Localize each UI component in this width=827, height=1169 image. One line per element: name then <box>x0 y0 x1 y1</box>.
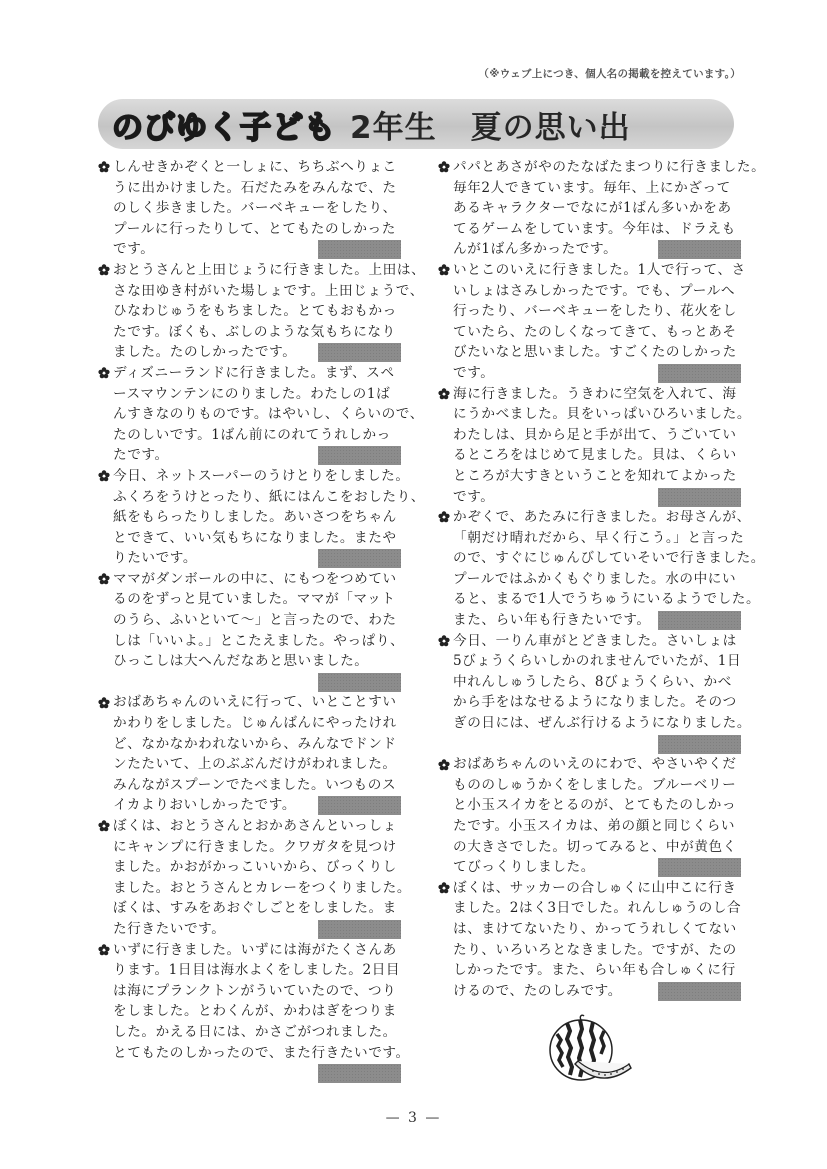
entry-line: パパとあさがやのたなばたまつりに行きました。 <box>437 157 737 178</box>
entry-line: 紙をもらったりしました。あいさつをちゃん <box>97 507 397 528</box>
entry-line: にキャンプに行きました。クワガタを見つけ <box>97 837 397 858</box>
flower-icon <box>97 260 111 281</box>
flower-icon <box>437 878 451 899</box>
entry-text: ママがダンボールの中に、にもつをつめてい <box>113 571 397 587</box>
entry-line: ひっこしは大へんだなあと思いました。 <box>97 651 397 672</box>
entry-line: さな田ゆき村がいた場しょです。上田じょうで、 <box>97 281 397 302</box>
entry-line: ました。かおがかっこいいから、びっくりし <box>97 857 397 878</box>
entry-line: いとこのいえに行きました。1人で行って、さ <box>437 260 737 281</box>
entry-line: した。かえる日には、かさごがつれました。 <box>97 1022 397 1043</box>
entry-line: 海に行きました。うきわに空気を入れて、海 <box>437 384 737 405</box>
entry-text: にうかべました。貝をいっぱいひろいました。 <box>453 406 751 422</box>
entry-text: たのしいです。1ばん前にのれてうれしかっ <box>113 427 391 443</box>
memory-entry: パパとあさがやのたなばたまつりに行きました。毎年2人できています。毎年、上にかざ… <box>437 157 737 260</box>
entry-line: おばあちゃんのいえのにわで、やさいやくだ <box>437 754 737 775</box>
entry-text: かわりをしました。じゅんばんにやったけれ <box>113 715 397 731</box>
entry-text: ぼくは、おとうさんとおかあさんといっしょ <box>113 818 397 834</box>
flower-icon <box>97 569 111 590</box>
entry-line: てるゲームをしています。今年は、ドラえも <box>437 219 737 240</box>
entry-line: 今日、一りん車がとどきました。さいしょは <box>437 631 737 652</box>
memory-entry: かぞくで、あたみに行きました。お母さんが、「朝だけ晴れだから、早く行こう。」と言… <box>437 507 737 631</box>
entry-text: おばあちゃんのいえに行って、いとことすい <box>113 694 397 710</box>
flower-icon <box>97 363 111 384</box>
redacted-name-box <box>658 488 741 507</box>
entry-line: ります。1日目は海水よくをしました。2日目 <box>97 960 397 981</box>
flower-icon <box>97 157 111 178</box>
redacted-name-box <box>318 796 401 815</box>
redacted-name-box <box>318 549 401 568</box>
redacted-name-box <box>658 982 741 1001</box>
entry-line: イカよりおいしかったです。 <box>97 795 397 816</box>
entry-line: んすきなのりものです。はやいし、くらいので、 <box>97 404 397 425</box>
flower-icon <box>437 384 451 405</box>
entry-line: ると、まるで1人でうちゅうにいるようでした。 <box>437 589 737 610</box>
redacted-name-box <box>658 364 741 383</box>
flower-icon <box>437 507 451 528</box>
entry-text: です。 <box>453 365 495 381</box>
entry-text: んが1ばん多かったです。 <box>453 241 617 257</box>
flower-icon <box>437 631 451 652</box>
entry-text: とてもたのしかったので、また行きたいです。 <box>113 1045 410 1061</box>
entry-text: と小玉スイカをとるのが、とてもたのしかっ <box>453 797 736 813</box>
entry-line: 中れんしゅうしたら、8びょうくらい、かべ <box>437 672 737 693</box>
entry-text: けるので、たのしみです。 <box>453 983 622 999</box>
entry-text: ぼくは、サッカーの合しゅくに山中こに行き <box>453 880 737 896</box>
entry-line: 行ったり、バーベキューをしたり、花火をし <box>437 301 737 322</box>
entry-text: てるゲームをしています。今年は、ドラえも <box>453 221 736 237</box>
memory-entry: おばあちゃんのいえに行って、いとことすいかわりをしました。じゅんばんにやったけれ… <box>97 692 397 816</box>
entry-line: りたいです。 <box>97 548 397 569</box>
flower-icon <box>97 692 111 713</box>
entry-text: 今日、一りん車がとどきました。さいしょは <box>453 633 737 649</box>
entry-line: のうら、ふいといて～」と言ったので、わた <box>97 610 397 631</box>
entry-text: ると、まるで1人でうちゅうにいるようでした。 <box>453 591 760 607</box>
title-banner: のびゆく子ども 2年生 夏の思い出 <box>98 99 734 149</box>
entry-line: です。 <box>97 239 397 260</box>
entry-text: 紙をもらったりしました。あいさつをちゃん <box>113 509 397 525</box>
memory-entry: ぼくは、サッカーの合しゅくに山中こに行きました。2はく3日でした。れんしゅうのし… <box>437 878 737 1002</box>
entry-line: ていたら、たのしくなってきて、もっとあそ <box>437 322 737 343</box>
entry-line: おとうさんと上田じょうに行きました。上田は、 <box>97 260 397 281</box>
entry-line: もののしゅうかくをしました。ブルーベリー <box>437 775 737 796</box>
entry-text: です。 <box>453 489 495 505</box>
flower-icon <box>437 260 451 281</box>
entry-line: たり、いろいろとなきました。ですが、たの <box>437 940 737 961</box>
flower-icon <box>97 940 111 961</box>
entry-line: また、らい年も行きたいです。 <box>437 610 737 631</box>
entry-text: ースマウンテンにのりました。わたしの1ば <box>113 386 390 402</box>
entry-line: の大きさでした。切ってみると、中が黄色く <box>437 837 737 858</box>
entry-line: るのをずっと見ていました。ママが「マット <box>97 589 397 610</box>
entry-text: しんせきかぞくと一しょに、ちちぶへりょこ <box>113 159 397 175</box>
entry-line: から手をはなせるようになりました。そのつ <box>437 692 737 713</box>
entry-text: しは「いいよ。」とこたえました。やっぱり、 <box>113 633 404 649</box>
memory-entry: ママがダンボールの中に、にもつをつめているのをずっと見ていました。ママが「マット… <box>97 569 397 693</box>
entry-text: たです。ぼくも、ぶしのような気もちになり <box>113 324 396 340</box>
memory-entry: 今日、ネットスーパーのうけとりをしました。ふくろをうけとったり、紙にはんこをおし… <box>97 466 397 569</box>
entry-line: びたいなと思いました。すごくたのしかった <box>437 342 737 363</box>
entry-text: のしく歩きました。バーベキューをしたり、 <box>113 200 397 216</box>
entry-line: は海にプランクトンがういていたので、つり <box>97 981 397 1002</box>
flower-icon <box>97 816 111 837</box>
entry-line: ディズニーランドに行きました。まず、スペ <box>97 363 397 384</box>
entry-text: にキャンプに行きました。クワガタを見つけ <box>113 839 397 855</box>
flower-icon <box>437 157 451 178</box>
entry-text: ました。かおがかっこいいから、びっくりし <box>113 859 397 875</box>
entry-line: いずに行きました。いずには海がたくさんあ <box>97 940 397 961</box>
entry-line: てびっくりしました。 <box>437 857 737 878</box>
entry-line: おばあちゃんのいえに行って、いとことすい <box>97 692 397 713</box>
memory-entry: ぼくは、おとうさんとおかあさんといっしょにキャンプに行きました。クワガタを見つけ… <box>97 816 397 940</box>
entry-text: ど、なかなかわれないから、みんなでドンド <box>113 736 397 752</box>
entry-line: たです。ぼくも、ぶしのような気もちになり <box>97 322 397 343</box>
redacted-name-box <box>658 240 741 259</box>
entry-line: 今日、ネットスーパーのうけとりをしました。 <box>97 466 397 487</box>
entry-line: ど、なかなかわれないから、みんなでドンド <box>97 734 397 755</box>
entry-text: ひっこしは大へんだなあと思いました。 <box>113 653 369 669</box>
entry-text: プールではふかくもぐりました。水の中にい <box>453 571 736 587</box>
entry-line: 「朝だけ晴れだから、早く行こう。」と言った <box>437 528 737 549</box>
entry-line: あるキャラクターでなにが1ばん多いかをあ <box>437 198 737 219</box>
entry-line: た行きたいです。 <box>97 919 397 940</box>
entry-line: んが1ばん多かったです。 <box>437 239 737 260</box>
entry-text: るのをずっと見ていました。ママが「マット <box>113 591 396 607</box>
page-number: — 3 — <box>0 1110 827 1126</box>
entry-line <box>97 672 397 693</box>
entry-line: ママがダンボールの中に、にもつをつめてい <box>97 569 397 590</box>
entry-line: かぞくで、あたみに行きました。お母さんが、 <box>437 507 737 528</box>
entry-line: ました。2はく3日でした。れんしゅうのし合 <box>437 898 737 919</box>
entry-line <box>97 1063 397 1084</box>
entry-line: たです。小玉スイカは、弟の顔と同じくらい <box>437 816 737 837</box>
entry-text: しかったです。また、らい年も合しゅくに行 <box>453 962 736 978</box>
entry-text: パパとあさがやのたなばたまつりに行きました。 <box>453 159 765 175</box>
entry-text: は、まけてないたり、かってうれしくてない <box>453 921 737 937</box>
entry-text: 中れんしゅうしたら、8びょうくらい、かべ <box>453 674 732 690</box>
redacted-name-box <box>658 611 741 630</box>
entry-text: プールに行ったりして、とてもたのしかった <box>113 221 396 237</box>
watermelon-illustration <box>545 1014 635 1090</box>
entry-text: うに出かけました。石だたみをみんなで、た <box>113 180 397 196</box>
entry-line: けるので、たのしみです。 <box>437 981 737 1002</box>
entry-line: です。 <box>437 487 737 508</box>
entry-text: の大きさでした。切ってみると、中が黄色く <box>453 839 737 855</box>
entry-text: いとこのいえに行きました。1人で行って、さ <box>453 262 746 278</box>
memory-entry: ディズニーランドに行きました。まず、スペースマウンテンにのりました。わたしの1ば… <box>97 363 397 466</box>
title-grade: 2年生 <box>350 102 437 147</box>
entry-text: るところをはじめて見ました。貝は、くらい <box>453 447 737 463</box>
memory-entry: しんせきかぞくと一しょに、ちちぶへりょこうに出かけました。石だたみをみんなで、た… <box>97 157 397 260</box>
entry-text: 今日、ネットスーパーのうけとりをしました。 <box>113 468 410 484</box>
entry-line: ぼくは、おとうさんとおかあさんといっしょ <box>97 816 397 837</box>
entry-text: たです。 <box>113 447 169 463</box>
entry-line: をしました。とわくんが、かわはぎをつりま <box>97 1001 397 1022</box>
entry-text: した。かえる日には、かさごがつれました。 <box>113 1024 397 1040</box>
entry-text: 「朝だけ晴れだから、早く行こう。」と言った <box>453 530 744 546</box>
entry-text: ました。おとうさんとカレーをつくりました。 <box>113 880 411 896</box>
flower-icon <box>437 754 451 775</box>
entry-line: ので、すぐにじゅんびしていそいで行きました。 <box>437 548 737 569</box>
entry-line: と小玉スイカをとるのが、とてもたのしかっ <box>437 795 737 816</box>
entry-text: をしました。とわくんが、かわはぎをつりま <box>113 1003 397 1019</box>
entry-line <box>437 734 737 755</box>
entry-text: た行きたいです。 <box>113 921 225 937</box>
entry-line: ひなわじゅうをもちました。とてもおもかっ <box>97 301 397 322</box>
redacted-name-box <box>318 343 401 362</box>
memory-entry: おとうさんと上田じょうに行きました。上田は、さな田ゆき村がいた場しょです。上田じ… <box>97 260 397 363</box>
entry-line: は、まけてないたり、かってうれしくてない <box>437 919 737 940</box>
redacted-name-box <box>318 920 401 939</box>
memory-entry: いとこのいえに行きました。1人で行って、さいしょはさみしかったです。でも、プール… <box>437 260 737 384</box>
entry-line: ぎの日には、ぜんぶ行けるようになりました。 <box>437 713 737 734</box>
entry-line: ところが大すきということを知れてよかった <box>437 466 737 487</box>
entry-line: にうかべました。貝をいっぱいひろいました。 <box>437 404 737 425</box>
memory-entry: いずに行きました。いずには海がたくさんあります。1日目は海水よくをしました。2日… <box>97 940 397 1084</box>
entry-text: 行ったり、バーベキューをしたり、花火をし <box>453 303 737 319</box>
entry-text: おとうさんと上田じょうに行きました。上田は、 <box>113 262 425 278</box>
entry-text: ディズニーランドに行きました。まず、スペ <box>113 365 395 381</box>
entry-text: イカよりおいしかったです。 <box>113 797 296 813</box>
entry-text: いずに行きました。いずには海がたくさんあ <box>113 942 397 958</box>
entry-text: ンたたいて、上のぶぶんだけがわれました。 <box>113 756 397 772</box>
redacted-name-box <box>658 735 741 754</box>
entry-text: から手をはなせるようになりました。そのつ <box>453 694 737 710</box>
entry-text: ところが大すきということを知れてよかった <box>453 468 737 484</box>
entry-line: ぼくは、すみをあおぐしごとをしました。ま <box>97 898 397 919</box>
entry-line: たのしいです。1ばん前にのれてうれしかっ <box>97 425 397 446</box>
memory-entry: 今日、一りん車がとどきました。さいしょは5びょうくらいしかのれませんでいたが、1… <box>437 631 737 755</box>
entry-line: 毎年2人できています。毎年、上にかざって <box>437 178 737 199</box>
entry-line: 5びょうくらいしかのれませんでいたが、1日 <box>437 651 737 672</box>
entry-text: ました。たのしかったです。 <box>113 344 296 360</box>
entry-line: プールではふかくもぐりました。水の中にい <box>437 569 737 590</box>
entry-text: いしょはさみしかったです。でも、プールへ <box>453 283 735 299</box>
entry-line: いしょはさみしかったです。でも、プールへ <box>437 281 737 302</box>
entry-line: ふくろをうけとったり、紙にはんこをおしたり、 <box>97 487 397 508</box>
entry-text: びたいなと思いました。すごくたのしかった <box>453 344 737 360</box>
entry-text: てびっくりしました。 <box>453 859 595 875</box>
entry-text: りたいです。 <box>113 550 197 566</box>
memory-entry: おばあちゃんのいえのにわで、やさいやくだもののしゅうかくをしました。ブルーベリー… <box>437 754 737 878</box>
entry-line: ンたたいて、上のぶぶんだけがわれました。 <box>97 754 397 775</box>
entry-text: ぼくは、すみをあおぐしごとをしました。ま <box>113 900 397 916</box>
flower-icon <box>97 466 111 487</box>
entry-text: です。 <box>113 241 155 257</box>
entry-line: うに出かけました。石だたみをみんなで、た <box>97 178 397 199</box>
entry-line: です。 <box>437 363 737 384</box>
entry-text: んすきなのりものです。はやいし、くらいので、 <box>113 406 424 422</box>
entry-text: みんながスプーンでたべました。いつものス <box>113 777 396 793</box>
entry-text: 海に行きました。うきわに空気を入れて、海 <box>453 386 737 402</box>
entry-text: ので、すぐにじゅんびしていそいで行きました。 <box>453 550 765 566</box>
entry-text: は海にプランクトンがういていたので、つり <box>113 983 396 999</box>
entry-line: ぼくは、サッカーの合しゅくに山中こに行き <box>437 878 737 899</box>
entry-line: とてもたのしかったので、また行きたいです。 <box>97 1043 397 1064</box>
redacted-name-box <box>318 240 401 259</box>
entry-text: とできて、いい気もちになりました。またや <box>113 530 397 546</box>
entry-line: のしく歩きました。バーベキューをしたり、 <box>97 198 397 219</box>
entry-text: あるキャラクターでなにが1ばん多いかをあ <box>453 200 732 216</box>
entry-text: ふくろをうけとったり、紙にはんこをおしたり、 <box>113 489 425 505</box>
entry-text: たです。小玉スイカは、弟の顔と同じくらい <box>453 818 735 834</box>
entry-line: みんながスプーンでたべました。いつものス <box>97 775 397 796</box>
entry-line: るところをはじめて見ました。貝は、くらい <box>437 445 737 466</box>
entry-text: もののしゅうかくをしました。ブルーベリー <box>453 777 736 793</box>
entry-line: ました。たのしかったです。 <box>97 342 397 363</box>
entry-text: ていたら、たのしくなってきて、もっとあそ <box>453 324 737 340</box>
entry-line: ースマウンテンにのりました。わたしの1ば <box>97 384 397 405</box>
entry-line: わたしは、貝から足と手が出て、うごいてい <box>437 425 737 446</box>
entry-line: しは「いいよ。」とこたえました。やっぱり、 <box>97 631 397 652</box>
entry-text: たり、いろいろとなきました。ですが、たの <box>453 942 737 958</box>
entry-line: とできて、いい気もちになりました。またや <box>97 528 397 549</box>
entry-line: たです。 <box>97 445 397 466</box>
redacted-name-box <box>318 673 401 692</box>
entry-text: おばあちゃんのいえのにわで、やさいやくだ <box>453 756 737 772</box>
redacted-name-box <box>318 446 401 465</box>
entry-line: プールに行ったりして、とてもたのしかった <box>97 219 397 240</box>
title-theme: 夏の思い出 <box>471 102 631 147</box>
privacy-notice: （※ウェブ上につき、個人名の掲載を控えています。） <box>478 66 741 81</box>
left-column: しんせきかぞくと一しょに、ちちぶへりょこうに出かけました。石だたみをみんなで、た… <box>97 157 397 1084</box>
redacted-name-box <box>658 858 741 877</box>
redacted-name-box <box>318 1064 401 1083</box>
entry-text: のうら、ふいといて～」と言ったので、わた <box>113 612 397 628</box>
entry-text: わたしは、貝から足と手が出て、うごいてい <box>453 427 737 443</box>
entry-text: 毎年2人できています。毎年、上にかざって <box>453 180 731 196</box>
entry-text: かぞくで、あたみに行きました。お母さんが、 <box>453 509 751 525</box>
entry-text: また、らい年も行きたいです。 <box>453 612 651 628</box>
entry-text: ひなわじゅうをもちました。とてもおもかっ <box>113 303 397 319</box>
title-outline-text: のびゆく子ども <box>112 102 336 147</box>
entry-line: しんせきかぞくと一しょに、ちちぶへりょこ <box>97 157 397 178</box>
entry-text: ります。1日目は海水よくをしました。2日目 <box>113 962 400 978</box>
entry-text: 5びょうくらいしかのれませんでいたが、1日 <box>453 653 741 669</box>
memory-entry: 海に行きました。うきわに空気を入れて、海にうかべました。貝をいっぱいひろいました… <box>437 384 737 508</box>
right-column: パパとあさがやのたなばたまつりに行きました。毎年2人できています。毎年、上にかざ… <box>437 157 737 1001</box>
entry-line: かわりをしました。じゅんばんにやったけれ <box>97 713 397 734</box>
entry-text: さな田ゆき村がいた場しょです。上田じょうで、 <box>113 283 424 299</box>
entry-line: しかったです。また、らい年も合しゅくに行 <box>437 960 737 981</box>
entry-text: ぎの日には、ぜんぶ行けるようになりました。 <box>453 715 751 731</box>
entry-line: ました。おとうさんとカレーをつくりました。 <box>97 878 397 899</box>
entry-text: ました。2はく3日でした。れんしゅうのし合 <box>453 900 741 916</box>
